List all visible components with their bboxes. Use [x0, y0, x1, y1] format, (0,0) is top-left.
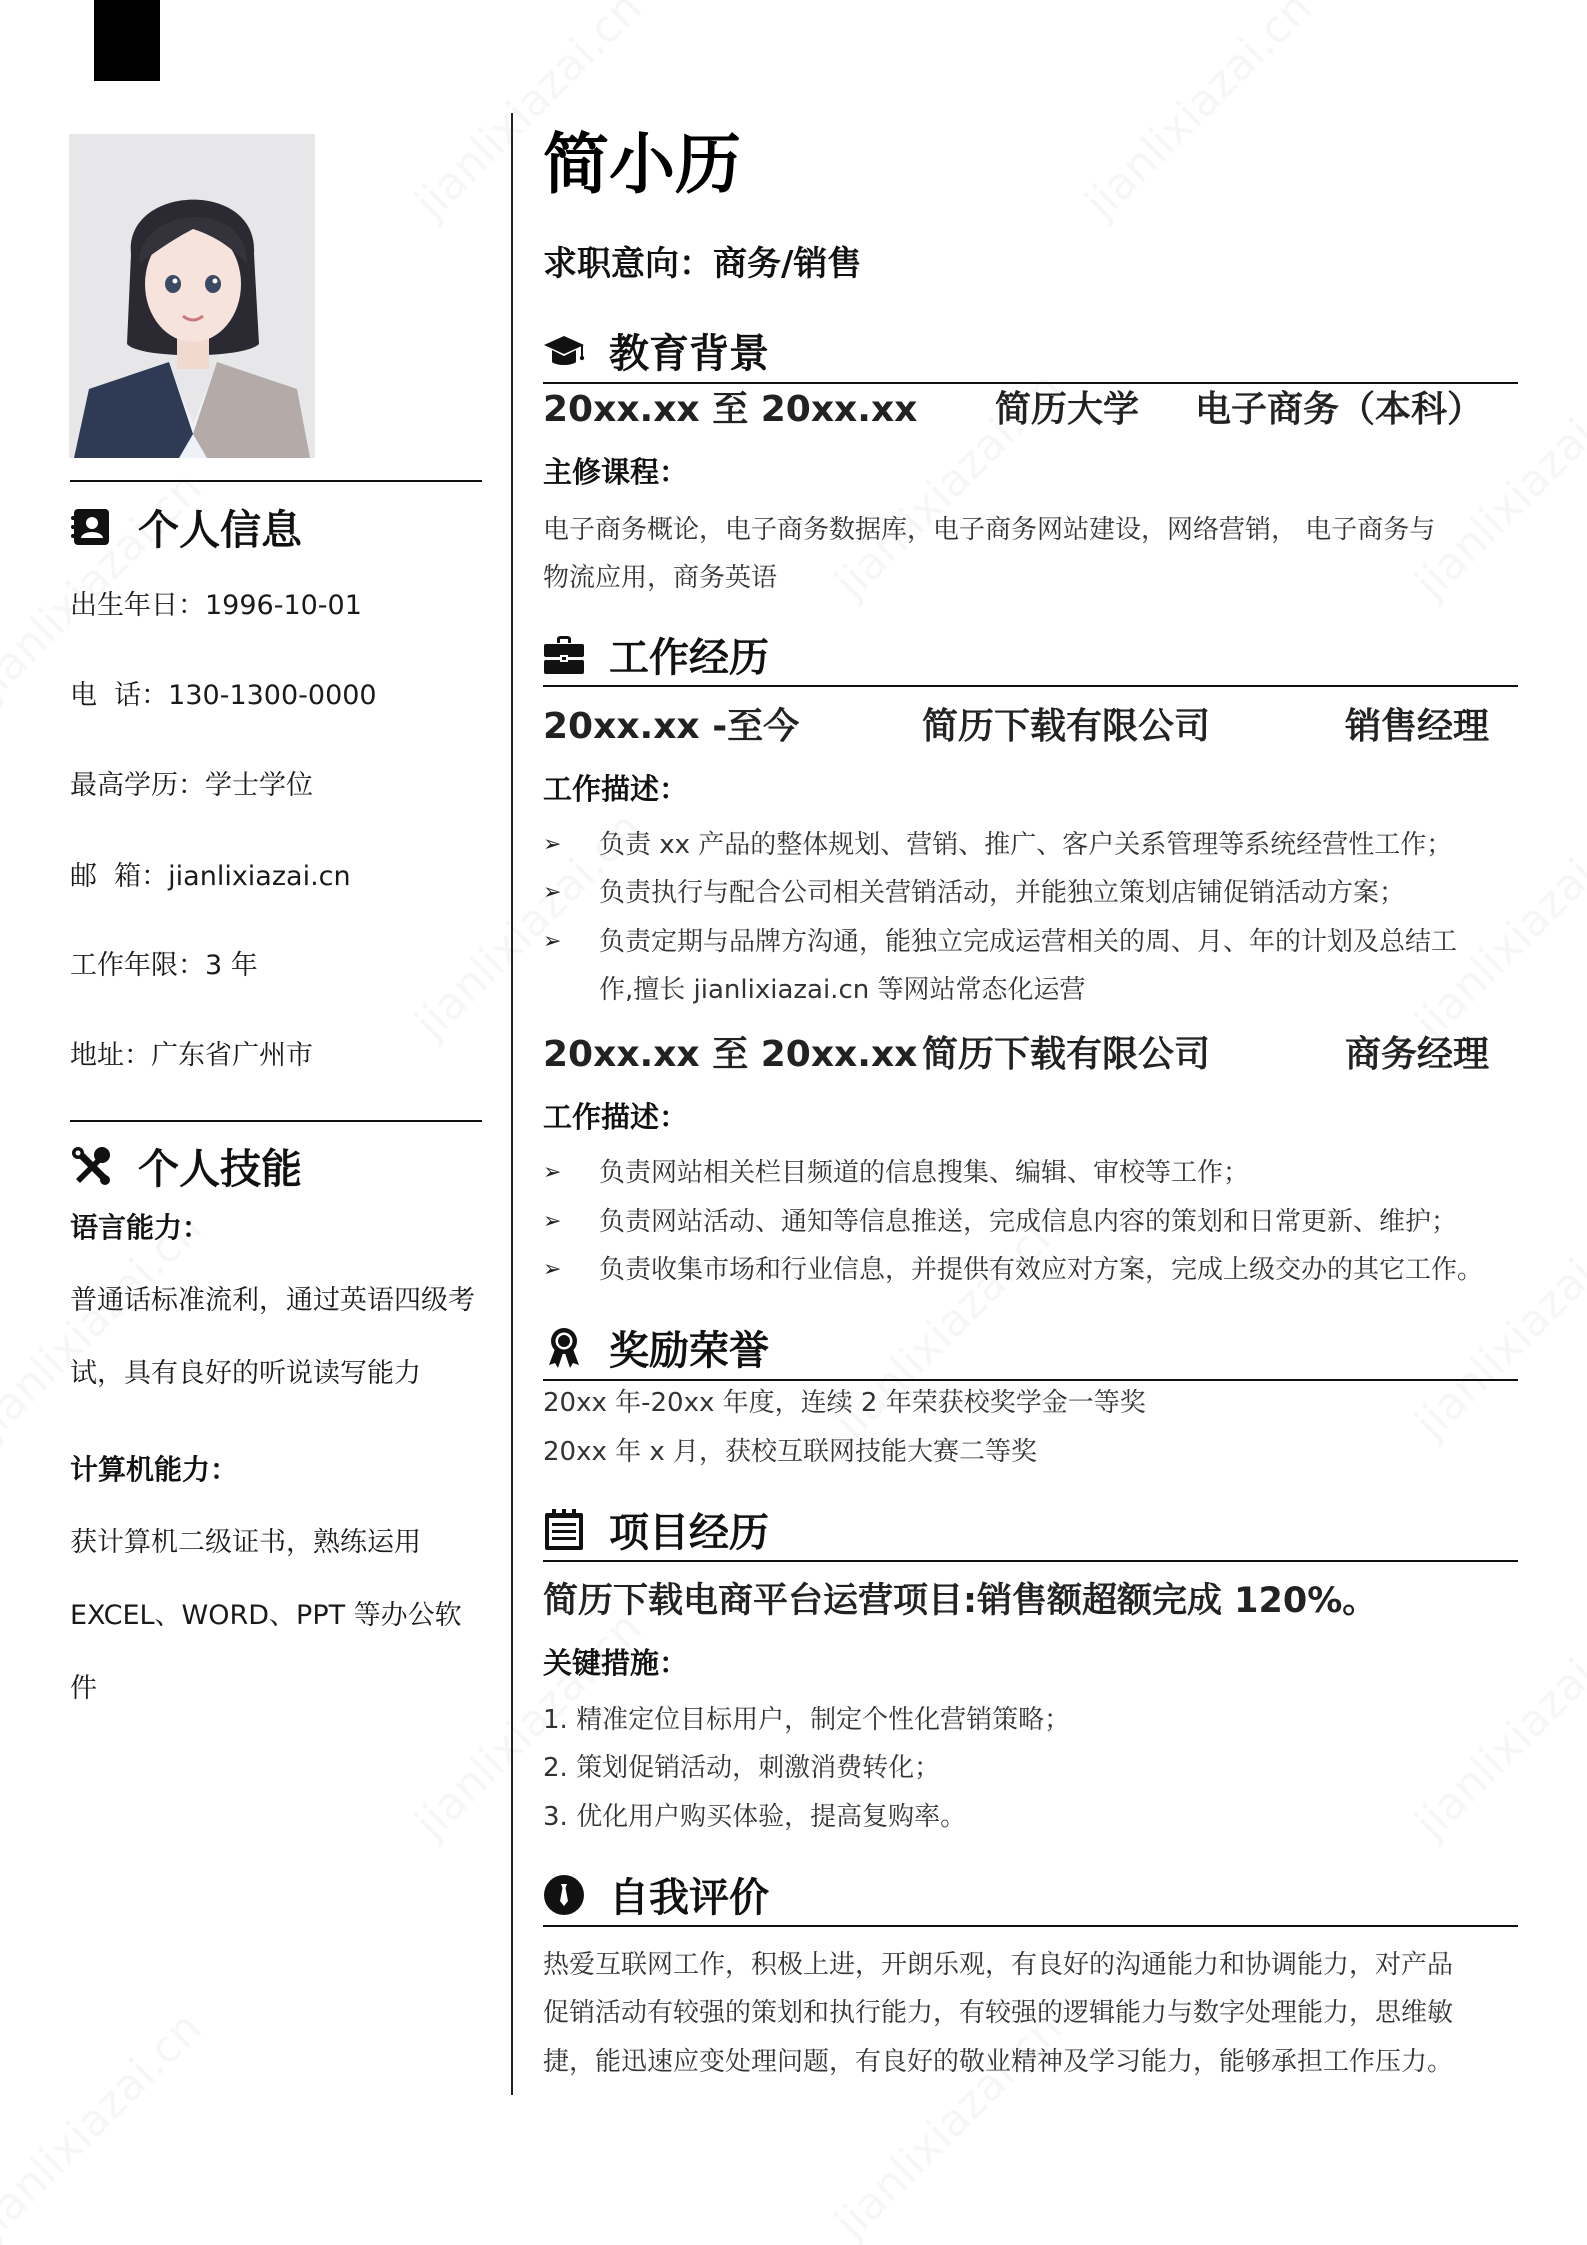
- measures-label: 关键措施：: [543, 1649, 688, 1678]
- skills-heading: 个人技能: [70, 1136, 302, 1195]
- watermark: jianlixiazai.cn: [1406, 1602, 1587, 1848]
- tools-icon: [70, 1145, 112, 1187]
- awards-title: 奖励荣誉: [609, 1319, 769, 1376]
- awards-heading: 奖励荣誉: [543, 1319, 769, 1376]
- self-eval-heading: 自我评价: [543, 1866, 769, 1923]
- personal-info-title: 个人信息: [138, 497, 302, 556]
- courses-line: 物流应用，商务英语: [543, 565, 777, 591]
- sidebar-divider: [70, 480, 482, 482]
- arrow-bullet-icon: ➢: [543, 931, 599, 953]
- info-birth: 出生年日：1996-10-01: [70, 592, 362, 619]
- skills-title: 个人技能: [138, 1136, 302, 1195]
- avatar-illustration: [69, 134, 315, 458]
- decorative-black-tab: [94, 0, 160, 81]
- arrow-bullet-icon: ➢: [543, 1259, 599, 1281]
- computer-skill-line: EXCEL、WORD、PPT 等办公软: [70, 1602, 462, 1629]
- arrow-bullet-icon: ➢: [543, 834, 599, 856]
- job-bullet: ➢ 负责执行与配合公司相关营销活动，并能独立策划店铺促销活动方案；: [543, 880, 1405, 906]
- candidate-name: 简小历: [543, 132, 741, 198]
- job-bullet: ➢ 负责 xx 产品的整体规划、营销、推广、客户关系管理等系统经营性工作；: [543, 832, 1452, 858]
- education-title: 教育背景: [609, 322, 769, 379]
- measure-item: 3. 优化用户购买体验，提高复购率。: [543, 1804, 966, 1830]
- education-major: 电子商务（本科）: [1195, 392, 1483, 428]
- computer-skill-label: 计算机能力：: [70, 1456, 238, 1484]
- job-intent: 求职意向：商务/销售: [543, 247, 861, 281]
- section-rule: [543, 685, 1518, 687]
- watermark: jianlixiazai.cn: [0, 2002, 212, 2245]
- job-desc-label: 工作描述：: [543, 775, 688, 804]
- watermark: jianlixiazai.cn: [1406, 1202, 1587, 1448]
- job-period: 20xx.xx 至 20xx.xx: [543, 1037, 917, 1073]
- info-email: 邮 箱：jianlixiazai.cn: [70, 863, 351, 890]
- arrow-bullet-icon: ➢: [543, 882, 599, 904]
- education-period: 20xx.xx 至 20xx.xx: [543, 392, 917, 428]
- computer-skill-line: 件: [70, 1675, 97, 1702]
- info-education: 最高学历：学士学位: [70, 772, 313, 799]
- arrow-bullet-icon: ➢: [543, 1211, 599, 1233]
- self-eval-line: 热爱互联网工作，积极上进，开朗乐观，有良好的沟通能力和协调能力，对产品: [543, 1952, 1453, 1978]
- measure-item: 1. 精准定位目标用户，制定个性化营销策略；: [543, 1707, 1070, 1733]
- contact-card-icon: [70, 506, 112, 548]
- section-rule: [543, 1560, 1518, 1562]
- sidebar-divider: [70, 1120, 482, 1122]
- notepad-icon: [543, 1509, 585, 1551]
- project-title: 简历下载电商平台运营项目:销售额超额完成 120%。: [543, 1584, 1377, 1619]
- language-skill-label: 语言能力：: [70, 1214, 210, 1242]
- language-skill-line: 试，具有良好的听说读写能力: [70, 1360, 421, 1387]
- info-phone: 电 话：130-1300-0000: [70, 682, 377, 709]
- education-school: 简历大学: [995, 392, 1139, 428]
- graduation-cap-icon: [543, 330, 585, 372]
- job-bullet-continuation: 作,擅长 jianlixiazai.cn 等网站常态化运营: [599, 977, 1086, 1003]
- section-rule: [543, 1925, 1518, 1927]
- computer-skill-line: 获计算机二级证书，熟练运用: [70, 1529, 421, 1556]
- projects-heading: 项目经历: [543, 1501, 769, 1558]
- job-company: 简历下载有限公司: [922, 709, 1210, 745]
- self-eval-line: 捷，能迅速应变处理问题，有良好的敬业精神及学习能力，能够承担工作压力。: [543, 2049, 1453, 2075]
- language-skill-line: 普通话标准流利，通过英语四级考: [70, 1287, 475, 1314]
- job-period: 20xx.xx -至今: [543, 709, 799, 745]
- section-rule: [543, 1379, 1518, 1381]
- work-title: 工作经历: [609, 626, 769, 683]
- job-bullet: ➢ 负责收集市场和行业信息，并提供有效应对方案，完成上级交办的其它工作。: [543, 1257, 1483, 1283]
- self-eval-line: 促销活动有较强的策划和执行能力，有较强的逻辑能力与数字处理能力，思维敏: [543, 2000, 1453, 2026]
- projects-title: 项目经历: [609, 1501, 769, 1558]
- column-divider: [511, 113, 513, 2095]
- job-bullet: ➢ 负责网站相关栏目频道的信息搜集、编辑、审校等工作；: [543, 1160, 1249, 1186]
- job-position: 销售经理: [1345, 709, 1489, 745]
- job-bullet: ➢ 负责网站活动、通知等信息推送，完成信息内容的策划和日常更新、维护；: [543, 1209, 1457, 1235]
- courses-label: 主修课程：: [543, 458, 688, 487]
- arrow-bullet-icon: ➢: [543, 1162, 599, 1184]
- award-item: 20xx 年-20xx 年度，连续 2 年荣获校奖学金一等奖: [543, 1390, 1146, 1416]
- award-ribbon-icon: [543, 1327, 585, 1369]
- avatar-photo: [69, 134, 315, 458]
- job-bullet: ➢ 负责定期与品牌方沟通，能独立完成运营相关的周、月、年的计划及总结工: [543, 929, 1457, 955]
- watermark: jianlixiazai.cn: [1076, 0, 1322, 229]
- info-work-years: 工作年限：3 年: [70, 952, 258, 979]
- job-desc-label: 工作描述：: [543, 1103, 688, 1132]
- section-rule: [543, 382, 1518, 384]
- tie-circle-icon: [543, 1874, 585, 1916]
- self-eval-title: 自我评价: [609, 1866, 769, 1923]
- courses-line: 电子商务概论，电子商务数据库，电子商务网站建设，网络营销， 电子商务与: [543, 517, 1435, 543]
- watermark: jianlixiazai.cn: [826, 2002, 1072, 2245]
- briefcase-icon: [543, 634, 585, 676]
- job-position: 商务经理: [1345, 1037, 1489, 1073]
- personal-info-heading: 个人信息: [70, 497, 302, 556]
- measure-item: 2. 策划促销活动，刺激消费转化；: [543, 1755, 940, 1781]
- work-heading: 工作经历: [543, 626, 769, 683]
- info-address: 地址：广东省广州市: [70, 1042, 313, 1069]
- education-heading: 教育背景: [543, 322, 769, 379]
- job-company: 简历下载有限公司: [922, 1037, 1210, 1073]
- award-item: 20xx 年 x 月，获校互联网技能大赛二等奖: [543, 1439, 1037, 1465]
